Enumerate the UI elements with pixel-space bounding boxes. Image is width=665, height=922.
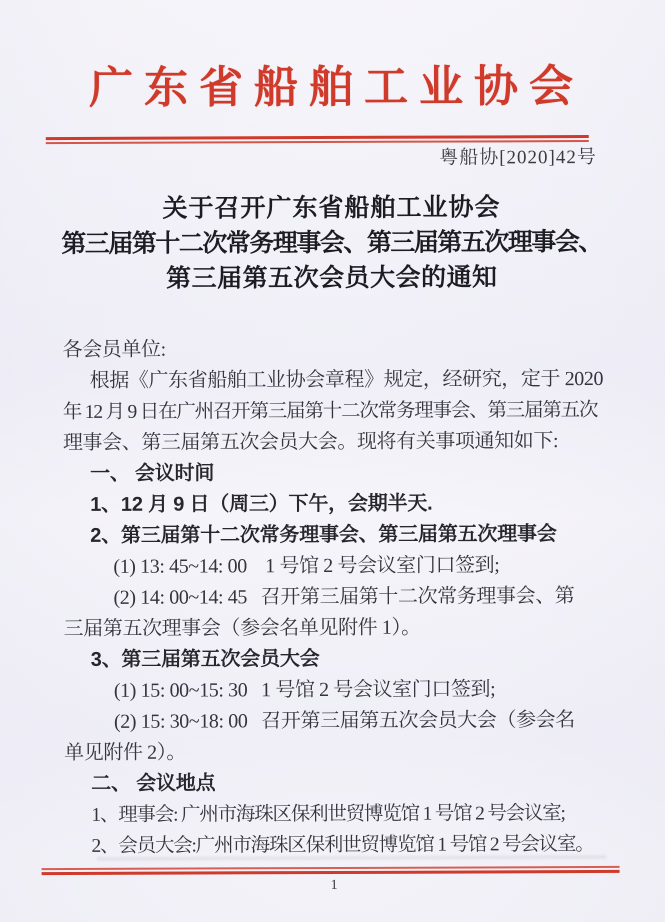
- body-line: 理事会、第三届第五次会员大会。现将有关事项通知如下:: [63, 426, 661, 459]
- body-text: 各会员单位:根据《广东省船舶工业协会章程》规定，经研究，定于 2020年 12 …: [63, 333, 663, 862]
- org-name-header: 广东省船舶工业协会: [0, 63, 664, 114]
- body-line: (1) 13: 45~14: 00 1 号馆 2 号会议室门口签到;: [63, 550, 661, 583]
- rule-line-thick: [42, 870, 620, 875]
- body-line: 3、第三届第五次会员大会: [64, 643, 662, 676]
- body-line: 年 12 月 9 日在广州召开第三届第十二次常务理事会、第三届第五次: [63, 395, 661, 428]
- body-line: (2) 15: 30~18: 00 召开第三届第五次会员大会（参会名: [64, 705, 662, 738]
- body-line: 各会员单位:: [63, 333, 661, 366]
- body-line: 单见附件 2）。: [64, 736, 662, 769]
- document-ref-number: 粤船协[2020]42号: [0, 146, 664, 173]
- body-line: (1) 15: 00~15: 30 1 号馆 2 号会议室门口签到;: [64, 674, 662, 707]
- body-line: 1、理事会: 广州市海珠区保利世贸博览馆 1 号馆 2 号会议室;: [64, 798, 662, 831]
- scanned-document-page: 广东省船舶工业协会 粤船协[2020]42号 关于召开广东省船舶工业协会第三届第…: [0, 0, 665, 922]
- body-line: 二、 会议地点: [64, 767, 662, 800]
- document-title: 关于召开广东省船舶工业协会第三届第十二次常务理事会、第三届第五次理事会、第三届第…: [0, 190, 664, 298]
- title-line: 第三届第十二次常务理事会、第三届第五次理事会、: [0, 225, 664, 263]
- body-line: 2、第三届第十二次常务理事会、第三届第五次理事会: [63, 519, 661, 552]
- footer-double-rule: [42, 866, 620, 875]
- rule-line-thin: [46, 140, 589, 144]
- title-line: 第三届第五次会员大会的通知: [0, 260, 664, 298]
- body-line: (2) 14: 00~14: 45 召开第三届第十二次常务理事会、第: [63, 581, 661, 614]
- body-line: 根据《广东省船舶工业协会章程》规定，经研究，定于 2020: [63, 364, 661, 397]
- scan-content: 广东省船舶工业协会 粤船协[2020]42号 关于召开广东省船舶工业协会第三届第…: [0, 0, 665, 922]
- body-line: 1、12 月 9 日（周三）下午，会期半天.: [63, 488, 661, 521]
- page-number: 1: [2, 877, 665, 896]
- header-double-rule: [46, 135, 589, 144]
- body-line: 一、 会议时间: [63, 457, 661, 490]
- title-line: 关于召开广东省船舶工业协会: [0, 190, 664, 228]
- body-line: 三届第五次理事会（参会名单见附件 1）。: [64, 612, 662, 645]
